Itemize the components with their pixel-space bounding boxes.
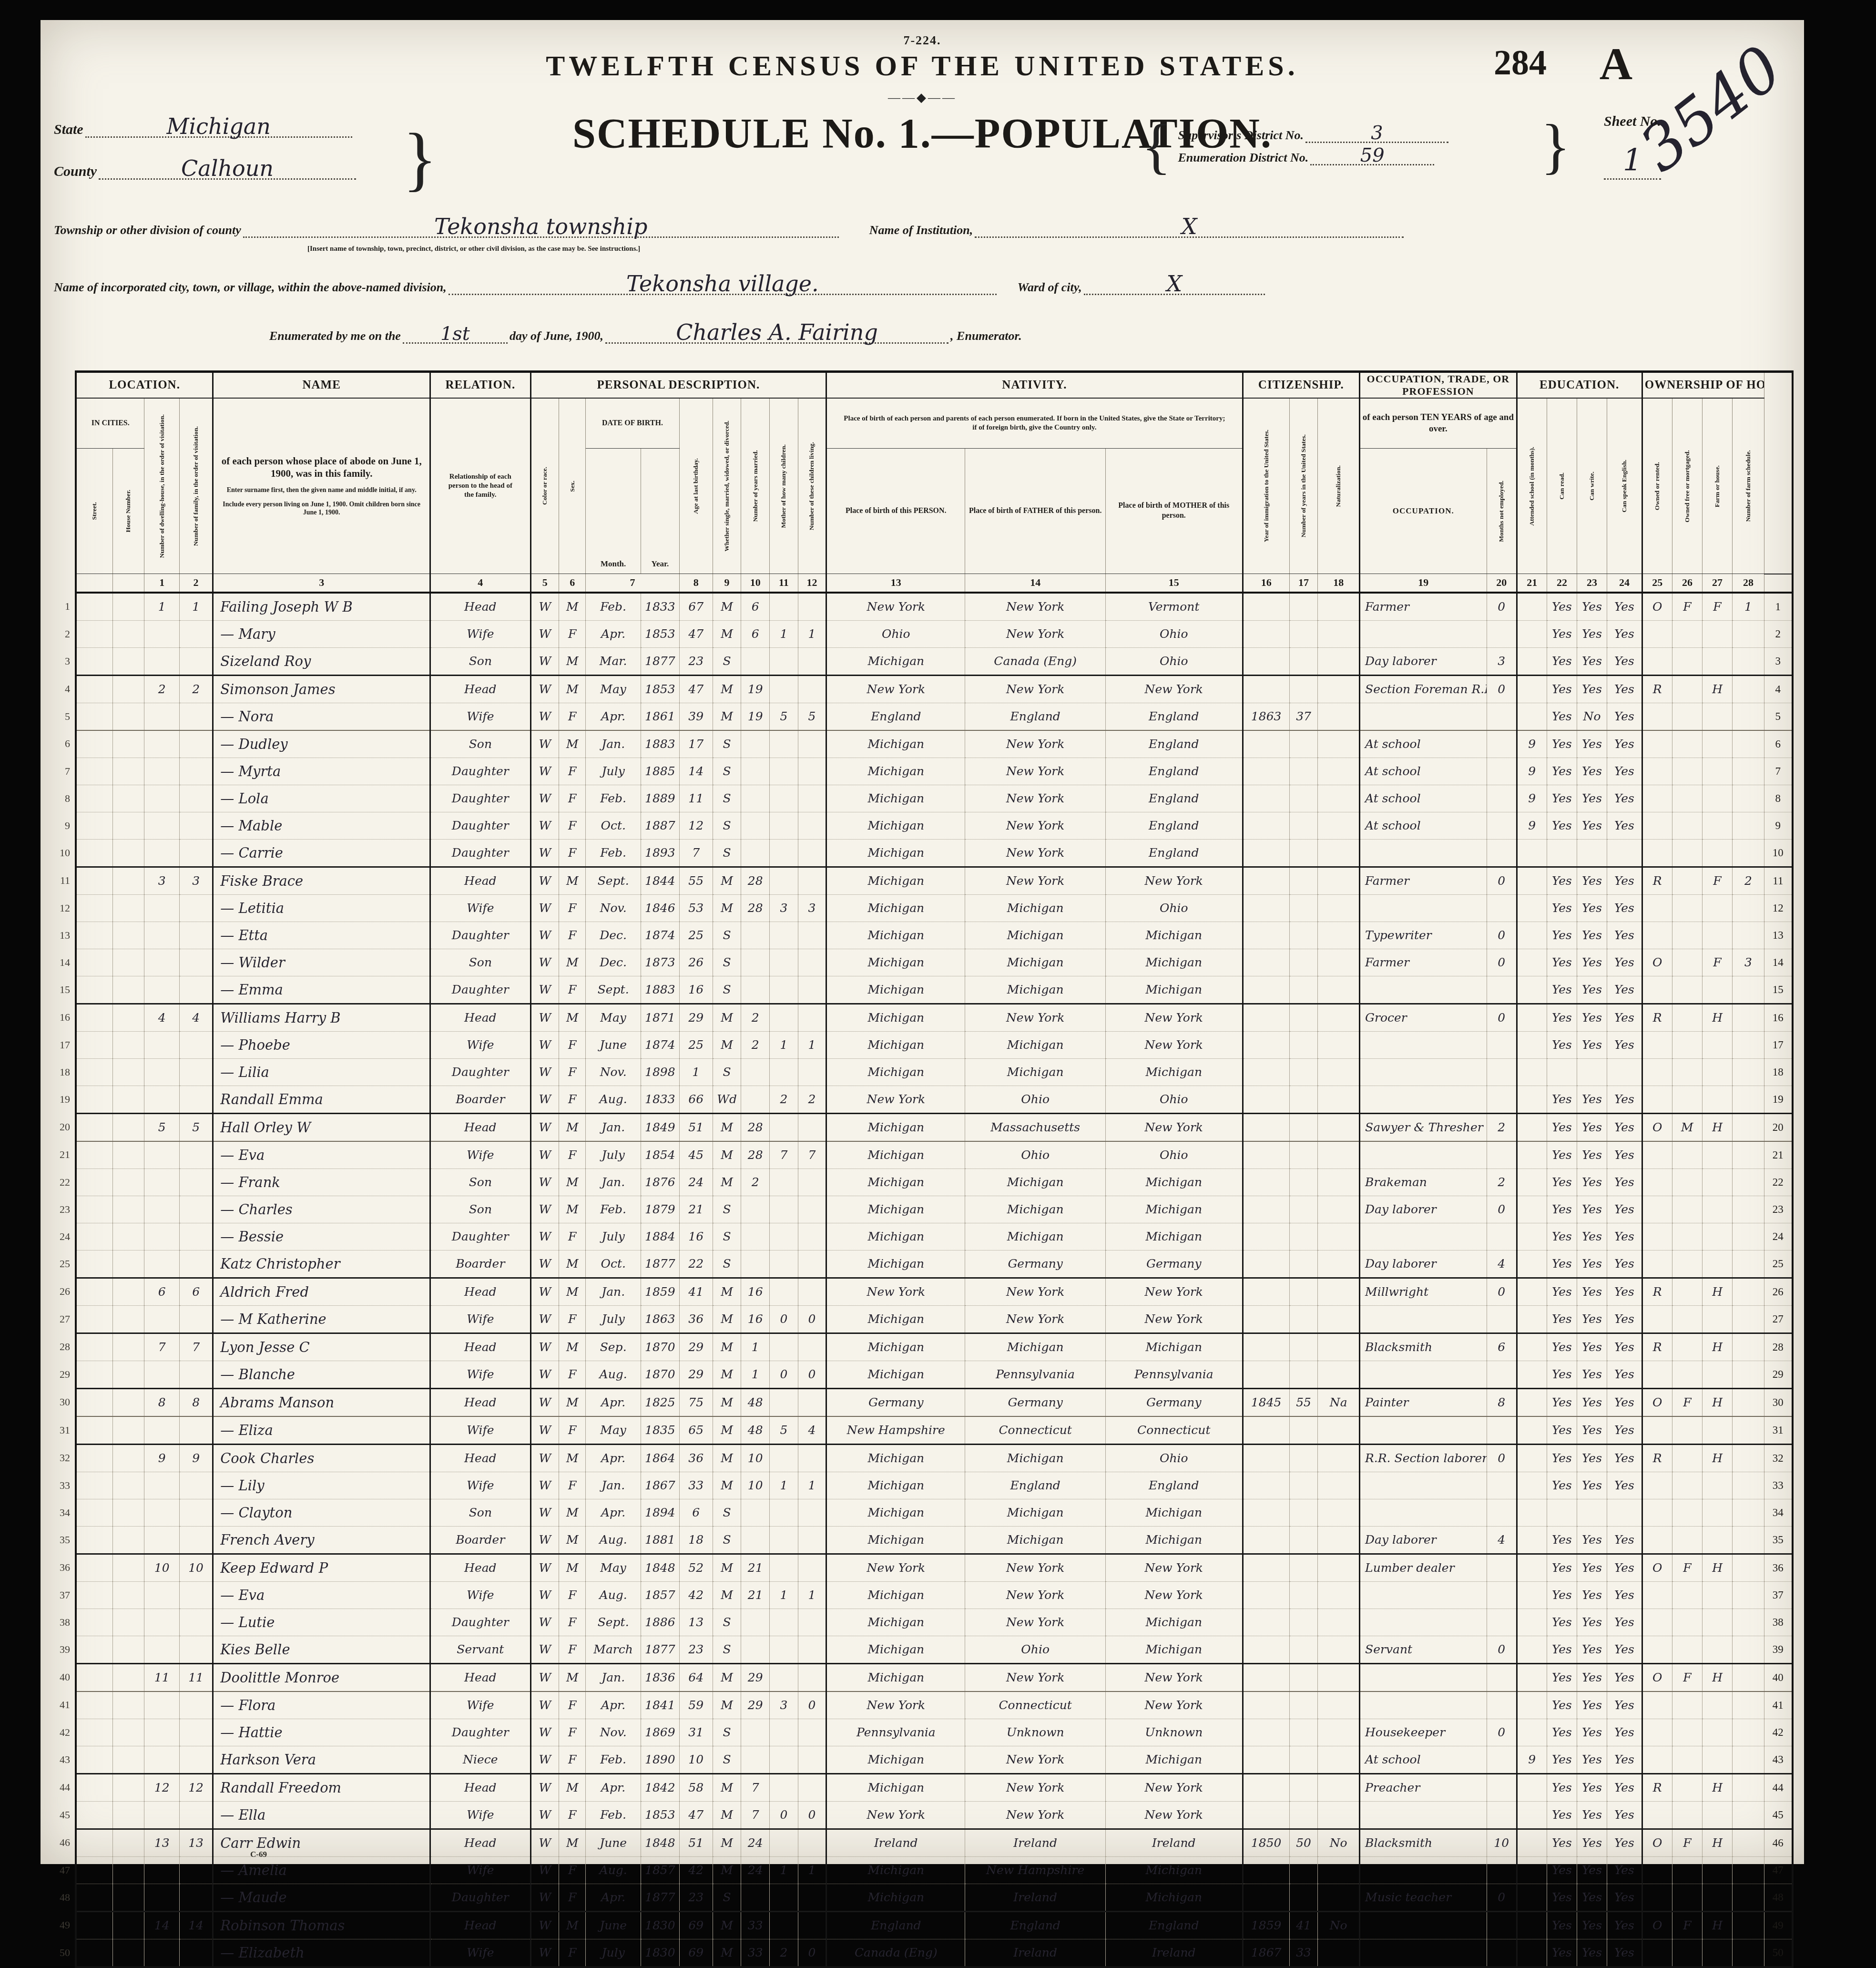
cell-relation: Daughter xyxy=(430,1058,530,1086)
cell-pob: New York xyxy=(826,1278,965,1305)
cell-birth-month: Jan. xyxy=(586,1113,641,1141)
cell-pob-father: Ohio xyxy=(965,1086,1106,1113)
cell-age: 7 xyxy=(679,839,713,867)
cell-children-living xyxy=(798,1388,826,1416)
cell-pob-mother: Michigan xyxy=(1105,949,1243,976)
cell-years-in-us xyxy=(1289,1581,1318,1609)
cell-children-living: 1 xyxy=(798,1856,826,1884)
cell-pob-father: New York xyxy=(965,867,1106,894)
col-birth-month: Month. xyxy=(586,449,641,574)
cell-can-speak-english: Yes xyxy=(1607,1250,1642,1278)
cell-months-not-employed xyxy=(1487,758,1517,785)
cell-birth-year: 1887 xyxy=(641,812,680,839)
cell-pob-mother: Ohio xyxy=(1105,894,1243,922)
cell-sex: F xyxy=(559,894,586,922)
cell-family xyxy=(180,1801,213,1829)
line-number-left: 31 xyxy=(49,1416,76,1445)
cell-can-write: Yes xyxy=(1577,1719,1607,1746)
cell-relation: Wife xyxy=(430,1305,530,1333)
cell-owned-rented xyxy=(1642,1746,1672,1773)
cell-free-mortgaged xyxy=(1672,1058,1702,1086)
cell-farm-schedule xyxy=(1733,1250,1764,1278)
column-number: 26 xyxy=(1672,574,1702,593)
cell-occupation: Day laborer xyxy=(1360,1250,1487,1278)
cell-marital: S xyxy=(713,1609,741,1636)
cell-pob-mother: Michigan xyxy=(1105,1499,1243,1526)
cell-age: 51 xyxy=(679,1829,713,1856)
cell-free-mortgaged xyxy=(1672,839,1702,867)
cell-can-speak-english: Yes xyxy=(1607,1196,1642,1223)
cell-mother-of: 1 xyxy=(770,1472,798,1499)
cell-immigration-year xyxy=(1243,1278,1289,1305)
line-number-left: 4 xyxy=(49,675,76,703)
cell-relation: Head xyxy=(430,593,530,621)
cell-sex: M xyxy=(559,593,586,621)
cell-pob-father: New York xyxy=(965,758,1106,785)
cell-relation: Daughter xyxy=(430,1223,530,1250)
cell-immigration-year xyxy=(1243,1113,1289,1141)
cell-can-write: Yes xyxy=(1577,1388,1607,1416)
cell-dwelling: 2 xyxy=(144,675,180,703)
cell-age: 26 xyxy=(679,949,713,976)
cell-pob: Germany xyxy=(826,1388,965,1416)
column-number xyxy=(76,574,112,593)
cell-can-read: Yes xyxy=(1547,1554,1577,1581)
cell-free-mortgaged xyxy=(1672,1636,1702,1663)
cell-owned-rented xyxy=(1642,1636,1672,1663)
cell-street xyxy=(76,1829,112,1856)
line-number-left: 35 xyxy=(49,1526,76,1554)
census-row: 3299Cook CharlesHeadWMApr.186436M10Michi… xyxy=(49,1444,1793,1472)
cell-mother-of: 1 xyxy=(770,620,798,647)
cell-farm-house xyxy=(1702,839,1732,867)
cell-pob-father: Michigan xyxy=(965,1223,1106,1250)
cell-color: W xyxy=(530,703,559,730)
cell-farm-house xyxy=(1702,1416,1732,1445)
cell-months-not-employed xyxy=(1487,839,1517,867)
cell-family xyxy=(180,949,213,976)
cell-pob-mother: Ohio xyxy=(1105,1444,1243,1472)
cell-free-mortgaged xyxy=(1672,1086,1702,1113)
cell-immigration-year xyxy=(1243,785,1289,812)
cell-pob-father: Michigan xyxy=(965,1168,1106,1196)
cell-months-not-employed xyxy=(1487,1856,1517,1884)
line-number-right: 39 xyxy=(1764,1636,1793,1663)
cell-birth-month: May xyxy=(586,1004,641,1031)
cell-pob-father: New York xyxy=(965,730,1106,758)
col-mother-of: Mother of how many children. xyxy=(770,398,798,574)
cell-name: — Carrie xyxy=(213,839,430,867)
census-row: 2055Hall Orley WHeadWMJan.184951M28Michi… xyxy=(49,1113,1793,1141)
cell-school-months xyxy=(1517,1004,1547,1031)
cell-can-speak-english: Yes xyxy=(1607,1581,1642,1609)
cell-mother-of: 3 xyxy=(770,894,798,922)
cell-immigration-year xyxy=(1243,1004,1289,1031)
cell-sex: F xyxy=(559,1856,586,1884)
cell-marital: M xyxy=(713,593,741,621)
cell-house-number xyxy=(112,1086,144,1113)
ornament-divider: ——◆—— xyxy=(41,91,1804,105)
cell-occupation xyxy=(1360,1609,1487,1636)
cell-color: W xyxy=(530,1250,559,1278)
cell-house-number xyxy=(112,1856,144,1884)
cell-immigration-year xyxy=(1243,1746,1289,1773)
col-years-in-us: Number of years in the United States. xyxy=(1289,398,1318,574)
cell-can-speak-english: Yes xyxy=(1607,1305,1642,1333)
group-citizenship: CITIZENSHIP. xyxy=(1243,372,1359,399)
cell-months-not-employed: 8 xyxy=(1487,1388,1517,1416)
cell-street xyxy=(76,1361,112,1388)
cell-can-read: Yes xyxy=(1547,1444,1577,1472)
cell-can-read: Yes xyxy=(1547,675,1577,703)
cell-children-living xyxy=(798,675,826,703)
cell-owned-rented: R xyxy=(1642,1773,1672,1801)
cell-family xyxy=(180,839,213,867)
cell-house-number xyxy=(112,1250,144,1278)
cell-free-mortgaged xyxy=(1672,1746,1702,1773)
cell-dwelling xyxy=(144,620,180,647)
cell-house-number xyxy=(112,1168,144,1196)
cell-street xyxy=(76,1086,112,1113)
cell-farm-schedule xyxy=(1733,1691,1764,1719)
cell-can-speak-english: Yes xyxy=(1607,1636,1642,1663)
cell-years-married: 1 xyxy=(741,1333,770,1361)
cell-naturalization xyxy=(1318,1031,1360,1058)
cell-relation: Head xyxy=(430,1004,530,1031)
line-number-right: 17 xyxy=(1764,1031,1793,1058)
cell-years-married: 16 xyxy=(741,1305,770,1333)
cell-dwelling xyxy=(144,1416,180,1445)
cell-birth-year: 1842 xyxy=(641,1773,680,1801)
cell-naturalization xyxy=(1318,1333,1360,1361)
cell-can-speak-english: Yes xyxy=(1607,1526,1642,1554)
cell-free-mortgaged xyxy=(1672,730,1702,758)
cell-relation: Son xyxy=(430,1168,530,1196)
line-number-left: 24 xyxy=(49,1223,76,1250)
column-number: 14 xyxy=(965,574,1106,593)
cell-years-in-us xyxy=(1289,1004,1318,1031)
cell-pob-father: Michigan xyxy=(965,949,1106,976)
cell-can-write: Yes xyxy=(1577,976,1607,1004)
cell-pob-father: Germany xyxy=(965,1250,1106,1278)
cell-dwelling xyxy=(144,1305,180,1333)
cell-family xyxy=(180,1031,213,1058)
cell-pob: Michigan xyxy=(826,1004,965,1031)
col-months-not-employed: Months not employed. xyxy=(1487,449,1517,574)
cell-relation: Son xyxy=(430,1499,530,1526)
cell-pob-father: New York xyxy=(965,620,1106,647)
cell-free-mortgaged: F xyxy=(1672,1829,1702,1856)
cell-naturalization xyxy=(1318,1526,1360,1554)
cell-school-months xyxy=(1517,1388,1547,1416)
cell-pob: Michigan xyxy=(826,1746,965,1773)
cell-months-not-employed xyxy=(1487,1223,1517,1250)
cell-can-speak-english: Yes xyxy=(1607,894,1642,922)
cell-immigration-year xyxy=(1243,593,1289,621)
cell-birth-month: Apr. xyxy=(586,1691,641,1719)
cell-dwelling xyxy=(144,785,180,812)
cell-immigration-year xyxy=(1243,1609,1289,1636)
group-education: EDUCATION. xyxy=(1517,372,1642,399)
cell-occupation xyxy=(1360,1361,1487,1388)
cell-years-married: 29 xyxy=(741,1663,770,1691)
census-row: 3088Abrams MansonHeadWMApr.182575M48Germ… xyxy=(49,1388,1793,1416)
cell-pob-father: New Hampshire xyxy=(965,1856,1106,1884)
line-number-left: 47 xyxy=(49,1856,76,1884)
cell-marital: M xyxy=(713,1031,741,1058)
cell-can-speak-english: Yes xyxy=(1607,1691,1642,1719)
cell-family xyxy=(180,730,213,758)
cell-owned-rented xyxy=(1642,703,1672,730)
census-row: 47— AmeliaWifeWFAug.185742M2411MichiganN… xyxy=(49,1856,1793,1884)
cell-street xyxy=(76,1416,112,1445)
line-number-left: 44 xyxy=(49,1773,76,1801)
line-number-left: 37 xyxy=(49,1581,76,1609)
cell-school-months xyxy=(1517,1031,1547,1058)
line-number-right: 4 xyxy=(1764,675,1793,703)
cell-color: W xyxy=(530,1746,559,1773)
census-row: 34— ClaytonSonWMApr.18946SMichiganMichig… xyxy=(49,1499,1793,1526)
census-row: 41— FloraWifeWFApr.184159M2930New YorkCo… xyxy=(49,1691,1793,1719)
cell-years-in-us xyxy=(1289,922,1318,949)
cell-owned-rented: O xyxy=(1642,1829,1672,1856)
cell-children-living: 7 xyxy=(798,1141,826,1169)
cell-family xyxy=(180,894,213,922)
cell-occupation: R.R. Section laborer xyxy=(1360,1444,1487,1472)
cell-sex: F xyxy=(559,976,586,1004)
cell-birth-year: 1836 xyxy=(641,1663,680,1691)
cell-marital: M xyxy=(713,1333,741,1361)
cell-mother-of xyxy=(770,1058,798,1086)
cell-family xyxy=(180,1196,213,1223)
cell-family xyxy=(180,1746,213,1773)
line-number-right: 47 xyxy=(1764,1856,1793,1884)
cell-can-write: Yes xyxy=(1577,1829,1607,1856)
cell-street xyxy=(76,1691,112,1719)
cell-children-living xyxy=(798,1333,826,1361)
cell-months-not-employed: 0 xyxy=(1487,949,1517,976)
cell-months-not-employed xyxy=(1487,812,1517,839)
cell-age: 23 xyxy=(679,647,713,675)
cell-family xyxy=(180,1691,213,1719)
cell-free-mortgaged xyxy=(1672,758,1702,785)
cell-marital: S xyxy=(713,922,741,949)
district-block: { Supervisor's District No. 3 Enumeratio… xyxy=(1142,115,1570,177)
cell-birth-month: June xyxy=(586,1031,641,1058)
cell-pob: Michigan xyxy=(826,839,965,867)
cell-school-months xyxy=(1517,1636,1547,1663)
cell-sex: F xyxy=(559,1058,586,1086)
cell-farm-schedule xyxy=(1733,1773,1764,1801)
cell-family xyxy=(180,1499,213,1526)
cell-color: W xyxy=(530,1113,559,1141)
cell-marital: M xyxy=(713,1141,741,1169)
cell-farm-schedule xyxy=(1733,1223,1764,1250)
cell-farm-schedule xyxy=(1733,785,1764,812)
cell-years-married: 24 xyxy=(741,1829,770,1856)
cell-free-mortgaged xyxy=(1672,1223,1702,1250)
cell-farm-schedule xyxy=(1733,1388,1764,1416)
line-number-left: 29 xyxy=(49,1361,76,1388)
cell-age: 6 xyxy=(679,1499,713,1526)
cell-months-not-employed xyxy=(1487,1773,1517,1801)
cell-years-married: 48 xyxy=(741,1416,770,1445)
cell-can-write: Yes xyxy=(1577,922,1607,949)
cell-dwelling xyxy=(144,1691,180,1719)
cell-free-mortgaged xyxy=(1672,1250,1702,1278)
cell-children-living xyxy=(798,730,826,758)
cell-farm-house: F xyxy=(1702,867,1732,894)
cell-house-number xyxy=(112,1829,144,1856)
line-number-right: 40 xyxy=(1764,1663,1793,1691)
cell-pob-mother: New York xyxy=(1105,1113,1243,1141)
cell-owned-rented: R xyxy=(1642,1444,1672,1472)
cell-mother-of xyxy=(770,839,798,867)
cell-sex: M xyxy=(559,1663,586,1691)
cell-pob-father: Connecticut xyxy=(965,1416,1106,1445)
cell-can-read: Yes xyxy=(1547,1856,1577,1884)
cell-pob-mother: Pennsylvania xyxy=(1105,1361,1243,1388)
cell-farm-house xyxy=(1702,1609,1732,1636)
cell-owned-rented xyxy=(1642,730,1672,758)
line-number-left: 1 xyxy=(49,593,76,621)
cell-occupation: Grocer xyxy=(1360,1004,1487,1031)
cell-farm-house xyxy=(1702,1086,1732,1113)
cell-pob-mother: Michigan xyxy=(1105,922,1243,949)
cell-family: 10 xyxy=(180,1554,213,1581)
cell-can-write xyxy=(1577,839,1607,867)
cell-street xyxy=(76,1773,112,1801)
cell-family: 7 xyxy=(180,1333,213,1361)
cell-pob: New York xyxy=(826,1801,965,1829)
cell-dwelling: 9 xyxy=(144,1444,180,1472)
cell-free-mortgaged xyxy=(1672,867,1702,894)
cell-farm-house xyxy=(1702,812,1732,839)
cell-marital: S xyxy=(713,1250,741,1278)
cell-months-not-employed xyxy=(1487,1499,1517,1526)
cell-family: 8 xyxy=(180,1388,213,1416)
cell-birth-month: Sept. xyxy=(586,867,641,894)
line-number-right: 6 xyxy=(1764,730,1793,758)
cell-pob: Michigan xyxy=(826,1663,965,1691)
column-number: 25 xyxy=(1642,574,1672,593)
cell-children-living xyxy=(798,922,826,949)
cell-pob-father: New York xyxy=(965,839,1106,867)
cell-birth-month: Jan. xyxy=(586,1278,641,1305)
cell-color: W xyxy=(530,647,559,675)
cell-years-married: 19 xyxy=(741,675,770,703)
cell-color: W xyxy=(530,949,559,976)
cell-can-write xyxy=(1577,1058,1607,1086)
cell-can-read: Yes xyxy=(1547,1609,1577,1636)
cell-farm-schedule xyxy=(1733,758,1764,785)
cell-free-mortgaged xyxy=(1672,1526,1702,1554)
cell-house-number xyxy=(112,1581,144,1609)
cell-age: 53 xyxy=(679,894,713,922)
cell-owned-rented: O xyxy=(1642,1113,1672,1141)
cell-street xyxy=(76,785,112,812)
line-number-right: 1 xyxy=(1764,593,1793,621)
cell-months-not-employed: 0 xyxy=(1487,1004,1517,1031)
cell-pob: Pennsylvania xyxy=(826,1719,965,1746)
cell-can-write: Yes xyxy=(1577,1773,1607,1801)
cell-color: W xyxy=(530,976,559,1004)
cell-name: — Lola xyxy=(213,785,430,812)
cell-free-mortgaged xyxy=(1672,675,1702,703)
cell-can-speak-english: Yes xyxy=(1607,1113,1642,1141)
cell-pob-father: Massachusetts xyxy=(965,1113,1106,1141)
cell-can-read: Yes xyxy=(1547,1168,1577,1196)
cell-house-number xyxy=(112,1223,144,1250)
census-table: LOCATION. NAME RELATION. PERSONAL DESCRI… xyxy=(49,370,1794,1884)
line-number-right: 28 xyxy=(1764,1333,1793,1361)
census-row: 111Failing Joseph W BHeadWMFeb.183367M6N… xyxy=(49,593,1793,621)
cell-color: W xyxy=(530,1801,559,1829)
cell-immigration-year xyxy=(1243,1526,1289,1554)
cell-owned-rented xyxy=(1642,758,1672,785)
line-number-left: 14 xyxy=(49,949,76,976)
cell-color: W xyxy=(530,1416,559,1445)
nativity-description: Place of birth of each person and parent… xyxy=(826,398,1243,449)
cell-name: — Eliza xyxy=(213,1416,430,1445)
col-age: Age at last birthday. xyxy=(679,398,713,574)
cell-can-write: Yes xyxy=(1577,812,1607,839)
cell-owned-rented xyxy=(1642,647,1672,675)
cell-street xyxy=(76,1636,112,1663)
cell-can-read: Yes xyxy=(1547,812,1577,839)
township-label: Township or other division of county xyxy=(54,223,241,237)
line-number-right: 21 xyxy=(1764,1141,1793,1169)
cell-years-in-us xyxy=(1289,867,1318,894)
cell-street xyxy=(76,1058,112,1086)
cell-free-mortgaged xyxy=(1672,949,1702,976)
county-value: Calhoun xyxy=(181,155,274,181)
cell-pob: Michigan xyxy=(826,1444,965,1472)
cell-occupation xyxy=(1360,1472,1487,1499)
cell-farm-schedule xyxy=(1733,922,1764,949)
line-number-right: 19 xyxy=(1764,1086,1793,1113)
cell-pob-mother: Ireland xyxy=(1105,1829,1243,1856)
cell-children-living xyxy=(798,1526,826,1554)
cell-mother-of xyxy=(770,1773,798,1801)
line-number-left: 9 xyxy=(49,812,76,839)
cell-age: 64 xyxy=(679,1663,713,1691)
cell-relation: Son xyxy=(430,647,530,675)
cell-pob-father: Michigan xyxy=(965,1333,1106,1361)
cell-naturalization xyxy=(1318,894,1360,922)
cell-color: W xyxy=(530,1773,559,1801)
line-number-right: 34 xyxy=(1764,1499,1793,1526)
institution-label: Name of Institution, xyxy=(869,223,973,237)
cell-school-months: 9 xyxy=(1517,812,1547,839)
cell-can-write: Yes xyxy=(1577,1250,1607,1278)
cell-name: — Letitia xyxy=(213,894,430,922)
census-row: 8— LolaDaughterWFFeb.188911SMichiganNew … xyxy=(49,785,1793,812)
cell-farm-schedule xyxy=(1733,1278,1764,1305)
cell-years-in-us xyxy=(1289,1361,1318,1388)
cell-birth-month: Apr. xyxy=(586,1388,641,1416)
col-pob-father: Place of birth of FATHER of this person. xyxy=(965,449,1106,574)
cell-color: W xyxy=(530,1305,559,1333)
cell-can-speak-english: Yes xyxy=(1607,1829,1642,1856)
cell-farm-schedule xyxy=(1733,1196,1764,1223)
cell-school-months xyxy=(1517,1472,1547,1499)
cell-years-married: 48 xyxy=(741,1388,770,1416)
cell-immigration-year xyxy=(1243,949,1289,976)
cell-can-write: No xyxy=(1577,703,1607,730)
cell-pob-father: New York xyxy=(965,1581,1106,1609)
cell-free-mortgaged xyxy=(1672,1444,1702,1472)
